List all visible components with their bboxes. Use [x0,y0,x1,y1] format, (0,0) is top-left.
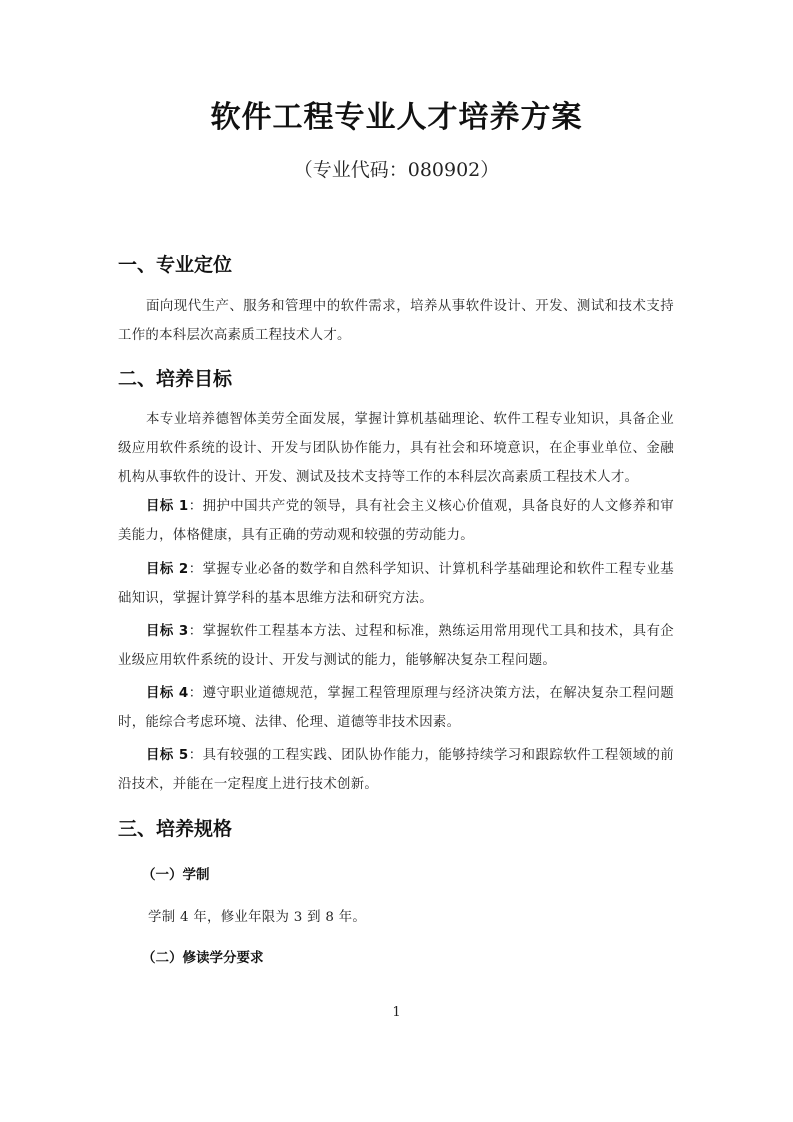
goal-2-label: 目标 2 [146,562,189,577]
section-heading-objectives: 二、培养目标 [118,366,232,392]
subsection-heading-credits: （二）修读学分要求 [142,947,264,969]
page-number: 1 [0,1005,793,1020]
duration-text: 学制 4 年，修业年限为 3 到 8 年。 [148,907,366,929]
objectives-paragraph: 本专业培养德智体美劳全面发展，掌握计算机基础理论、软件工程专业知识，具备企业级应… [118,405,674,492]
goal-3-text: ：掌握软件工程基本方法、过程和标准，熟练运用常用现代工具和技术，具有企业级应用软… [118,624,674,668]
goal-5-text: ：具有较强的工程实践、团队协作能力，能够持续学习和跟踪软件工程领域的前沿技术，并… [118,748,674,792]
goal-1: 目标 1：拥护中国共产党的领导，具有社会主义核心价值观，具备良好的人文修养和审美… [118,492,674,550]
document-title: 软件工程专业人才培养方案 [0,98,793,138]
document-page: 软件工程专业人才培养方案 （专业代码：080902） 一、专业定位 面向现代生产… [0,0,793,1122]
goal-3-label: 目标 3 [146,624,189,639]
goal-5: 目标 5：具有较强的工程实践、团队协作能力，能够持续学习和跟踪软件工程领域的前沿… [118,741,674,799]
goal-1-label: 目标 1 [146,499,189,514]
goal-5-label: 目标 5 [146,748,189,763]
document-subtitle: （专业代码：080902） [0,155,793,185]
goal-3: 目标 3：掌握软件工程基本方法、过程和标准，熟练运用常用现代工具和技术，具有企业… [118,617,674,675]
goal-1-text: ：拥护中国共产党的领导，具有社会主义核心价值观，具备良好的人文修养和审美能力，体… [118,499,674,543]
goal-4-text: ：遵守职业道德规范，掌握工程管理原理与经济决策方法，在解决复杂工程问题时，能综合… [118,686,674,730]
subsection-heading-duration: （一）学制 [142,864,210,886]
goal-2: 目标 2：掌握专业必备的数学和自然科学知识、计算机科学基础理论和软件工程专业基础… [118,555,674,613]
section-heading-specifications: 三、培养规格 [118,816,232,842]
goal-4-label: 目标 4 [146,686,189,701]
section-heading-positioning: 一、专业定位 [118,252,232,278]
positioning-paragraph: 面向现代生产、服务和管理中的软件需求，培养从事软件设计、开发、测试和技术支持工作… [118,292,674,350]
goal-2-text: ：掌握专业必备的数学和自然科学知识、计算机科学基础理论和软件工程专业基础知识，掌… [118,562,674,606]
goal-4: 目标 4：遵守职业道德规范，掌握工程管理原理与经济决策方法，在解决复杂工程问题时… [118,679,674,737]
